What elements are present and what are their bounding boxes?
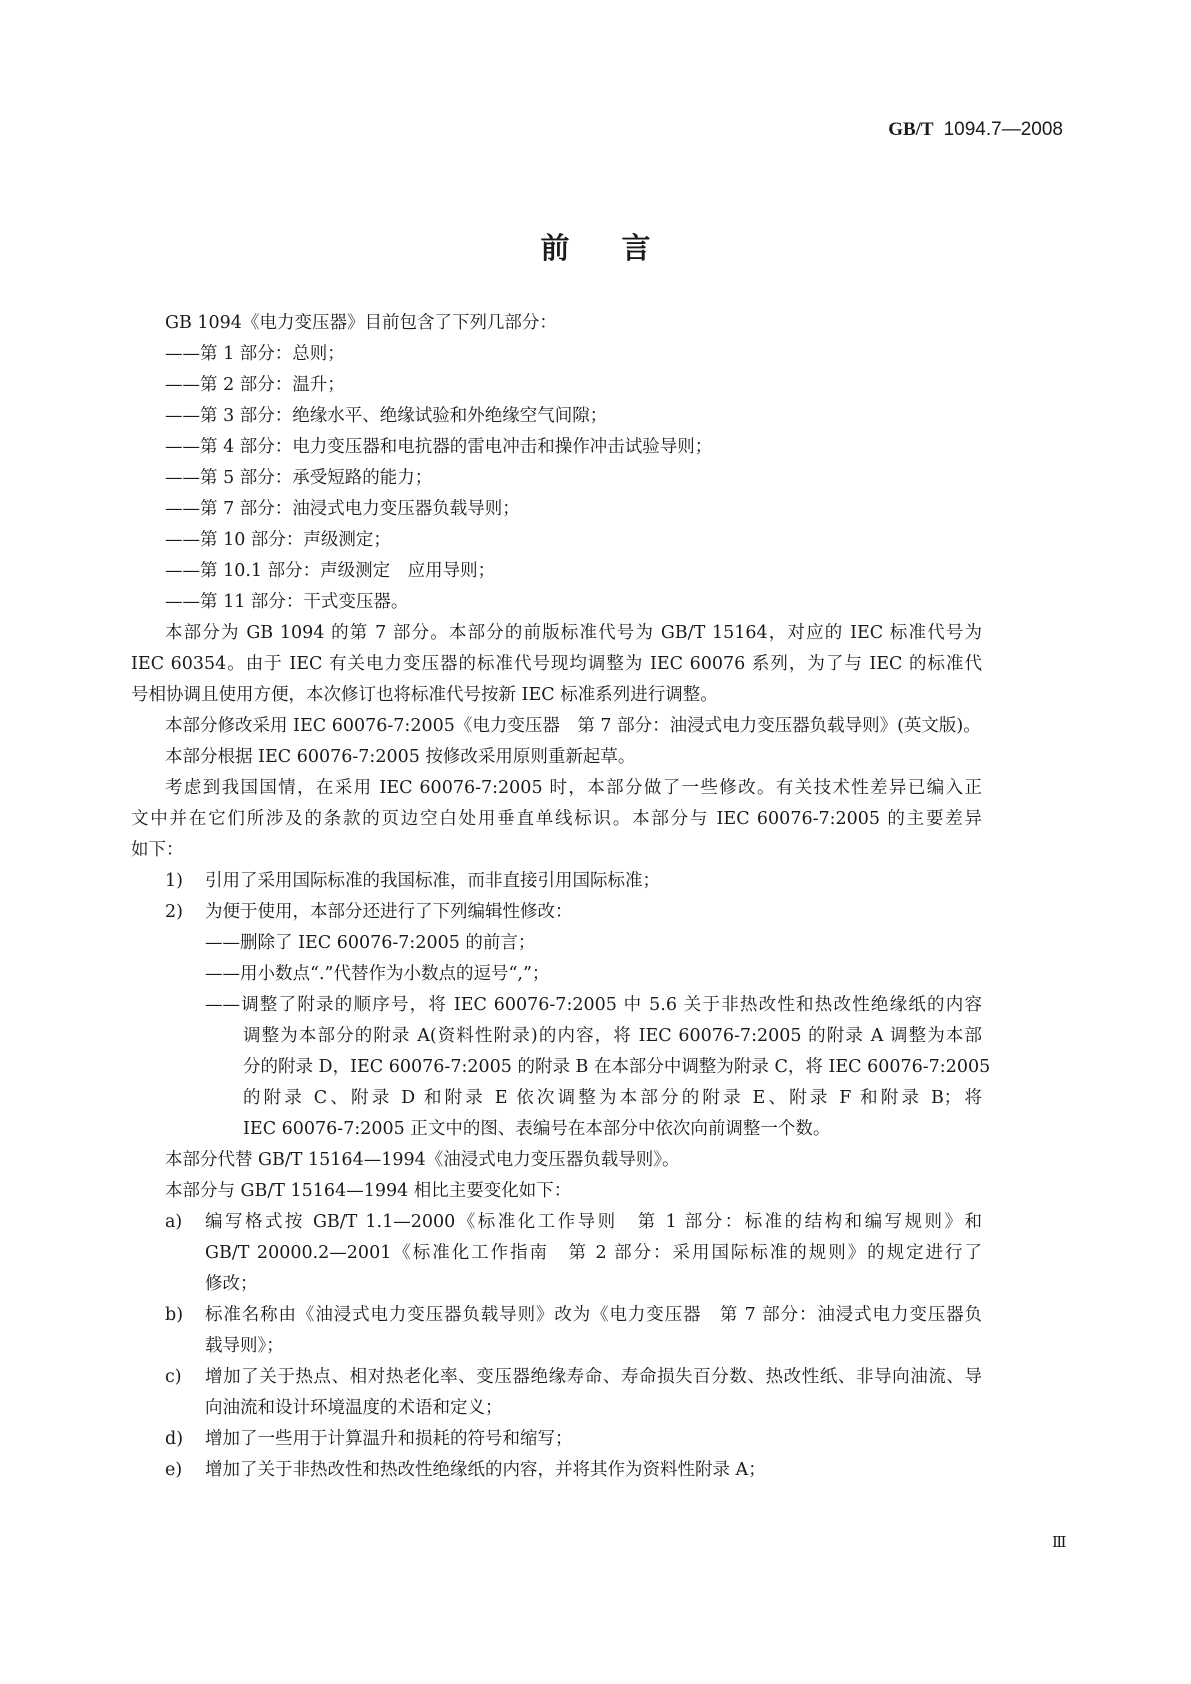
- list-marker: 1): [165, 869, 183, 893]
- paragraph-line: 考虑到我国国情，在采用 IEC 60076-7:2005 时，本部分做了一些修改…: [165, 776, 982, 800]
- change-item: 编写格式按 GB/T 1.1—2000《标准化工作导则 第 1 部分：标准的结构…: [205, 1210, 982, 1234]
- standard-code-number: 1094.7—2008: [944, 119, 1063, 140]
- list-marker: 2): [165, 900, 183, 924]
- editorial-subitem: ——删除了 IEC 60076-7:2005 的前言；: [205, 931, 535, 955]
- part-item: ——第 5 部分：承受短路的能力；: [165, 466, 432, 490]
- intro-paragraph: GB 1094《电力变压器》目前包含了下列几部分：: [165, 311, 557, 335]
- change-item-line: 向油流和设计环境温度的术语和定义；: [205, 1396, 503, 1420]
- standard-code-prefix: GB/T: [888, 119, 933, 140]
- paragraph-line: 本部分为 GB 1094 的第 7 部分。本部分的前版标准代号为 GB/T 15…: [165, 621, 982, 645]
- adoption-paragraph: 本部分修改采用 IEC 60076-7:2005《电力变压器 第 7 部分：油浸…: [165, 714, 981, 738]
- change-item-line: GB/T 20000.2—2001《标准化工作指南 第 2 部分：采用国际标准的…: [205, 1241, 982, 1265]
- part-item: ——第 11 部分：干式变压器。: [165, 590, 408, 614]
- page-title: 前言: [0, 226, 1191, 267]
- difference-item: 引用了采用国际标准的我国标准，而非直接引用国际标准；: [205, 869, 660, 893]
- editorial-subitem-line: IEC 60076-7:2005 正文中的图、表编号在本部分中依次向前调整一个数…: [243, 1117, 830, 1141]
- editorial-subitem-line: 的附录 C、附录 D 和附录 E 依次调整为本部分的附录 E、附录 F 和附录 …: [243, 1086, 982, 1110]
- list-marker: c): [165, 1365, 182, 1389]
- standard-code-header: GB/T1094.7—2008: [888, 119, 1063, 141]
- difference-item: 为便于使用，本部分还进行了下列编辑性修改：: [205, 900, 573, 924]
- change-item: 增加了关于热点、相对热老化率、变压器绝缘寿命、寿命损失百分数、热改性纸、非导向油…: [205, 1365, 982, 1389]
- part-item: ——第 10.1 部分：声级测定 应用导则；: [165, 559, 495, 583]
- editorial-subitem-line: 分的附录 D，IEC 60076-7:2005 的附录 B 在本部分中调整为附录…: [243, 1055, 982, 1079]
- editorial-subitem: ——用小数点“.”代替作为小数点的逗号“,”；: [205, 962, 549, 986]
- change-item: 增加了关于非热改性和热改性绝缘纸的内容，并将其作为资料性附录 A；: [205, 1458, 766, 1482]
- part-item: ——第 2 部分：温升；: [165, 373, 345, 397]
- editorial-subitem: ——调整了附录的顺序号，将 IEC 60076-7:2005 中 5.6 关于非…: [205, 993, 982, 1017]
- part-item: ——第 4 部分：电力变压器和电抗器的雷电冲击和操作冲击试验导则；: [165, 435, 712, 459]
- paragraph-line: 文中并在它们所涉及的条款的页边空白处用垂直单线标识。本部分与 IEC 60076…: [131, 807, 982, 831]
- list-marker: d): [165, 1427, 183, 1451]
- changes-intro-paragraph: 本部分与 GB/T 15164—1994 相比主要变化如下：: [165, 1179, 571, 1203]
- editorial-subitem-line: 调整为本部分的附录 A(资料性附录)的内容，将 IEC 60076-7:2005…: [243, 1024, 982, 1048]
- part-item: ——第 1 部分：总则；: [165, 342, 345, 366]
- part-item: ——第 3 部分：绝缘水平、绝缘试验和外绝缘空气间隙；: [165, 404, 607, 428]
- paragraph-line: IEC 60354。由于 IEC 有关电力变压器的标准代号现均调整为 IEC 6…: [131, 652, 982, 676]
- list-marker: a): [165, 1210, 182, 1234]
- part-item: ——第 7 部分：油浸式电力变压器负载导则；: [165, 497, 520, 521]
- list-marker: b): [165, 1303, 183, 1327]
- paragraph-line: 号相协调且使用方便，本次修订也将标准代号按新 IEC 标准系列进行调整。: [131, 683, 718, 707]
- page-number: Ⅲ: [1052, 1533, 1066, 1552]
- part-item: ——第 10 部分：声级测定；: [165, 528, 391, 552]
- drafting-paragraph: 本部分根据 IEC 60076-7:2005 按修改采用原则重新起草。: [165, 745, 635, 769]
- replaces-paragraph: 本部分代替 GB/T 15164—1994《油浸式电力变压器负载导则》。: [165, 1148, 680, 1172]
- change-item-line: 修改；: [205, 1272, 258, 1296]
- change-item: 标准名称由《油浸式电力变压器负载导则》改为《电力变压器 第 7 部分：油浸式电力…: [205, 1303, 982, 1327]
- change-item-line: 载导则》；: [205, 1334, 284, 1358]
- change-item: 增加了一些用于计算温升和损耗的符号和缩写；: [205, 1427, 573, 1451]
- paragraph-line: 如下：: [131, 838, 184, 862]
- list-marker: e): [165, 1458, 182, 1482]
